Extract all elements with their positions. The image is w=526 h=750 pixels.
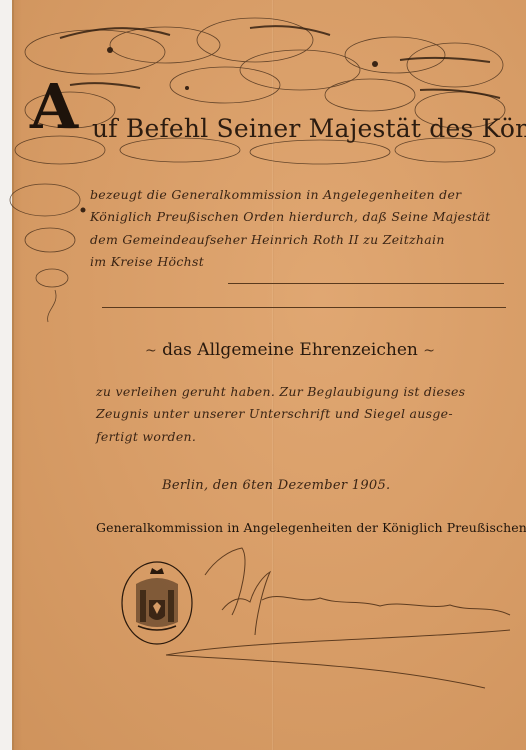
signature: Fürst zu Salm-Horstmar (0, 0, 526, 750)
